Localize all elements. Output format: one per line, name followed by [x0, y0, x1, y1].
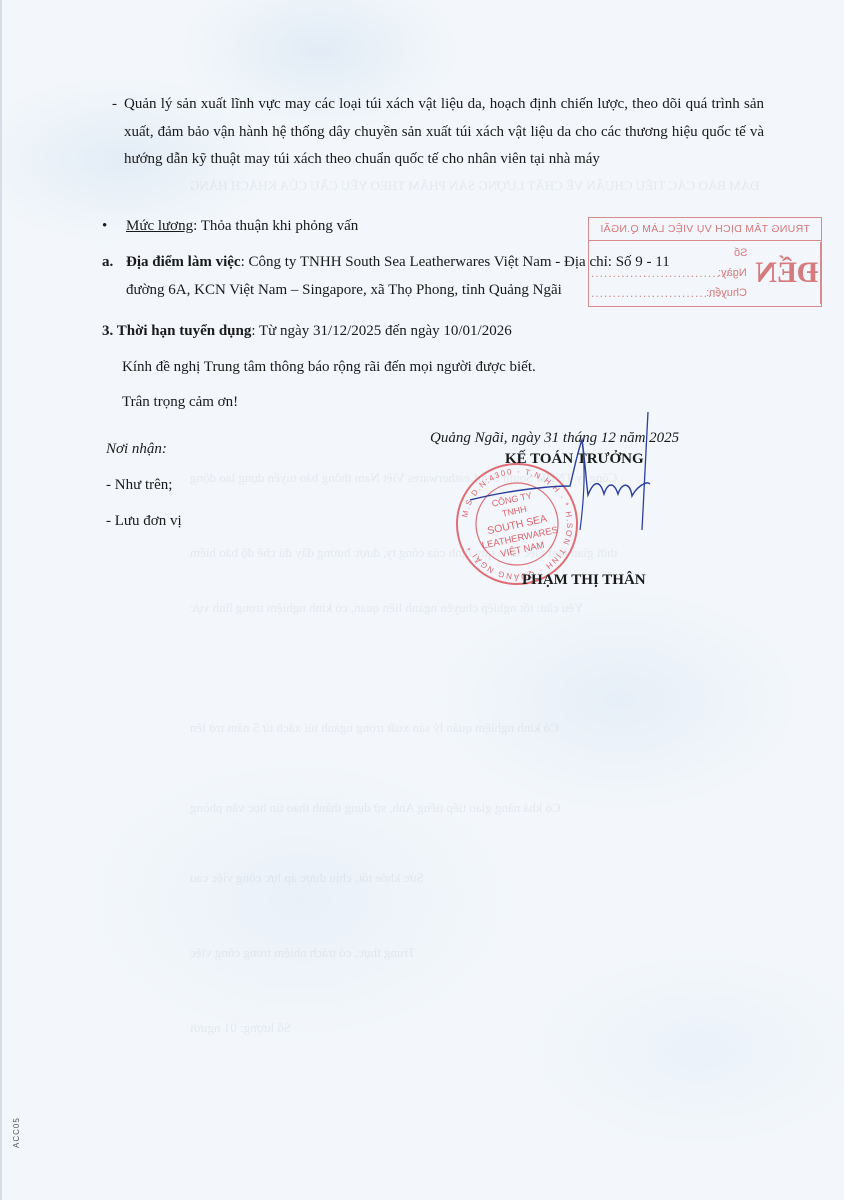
corner-code: ACC05: [12, 1117, 21, 1148]
workplace-line-2: đường 6A, KCN Việt Nam – Singapore, xã T…: [126, 277, 562, 303]
bleed-through-text: Yêu cầu: tốt nghiệp chuyên ngành liên qu…: [190, 600, 583, 616]
bleed-through-text: Sức khỏe tốt, chịu được áp lực công việc…: [190, 870, 424, 886]
received-stamp: TRUNG TÂM DỊCH VỤ VIỆC LÀM Q.NGÃI Số Ngà…: [588, 217, 822, 307]
workplace-label: Địa điểm làm việc: [126, 254, 241, 270]
recruitment-period: 3. Thời hạn tuyển dụng: Từ ngày 31/12/20…: [102, 318, 512, 344]
received-stamp-header: TRUNG TÂM DỊCH VỤ VIỆC LÀM Q.NGÃI: [589, 218, 821, 241]
bleed-through-text: ĐẢM BẢO CÁC TIÊU CHUẨN VỀ CHẤT LƯỢNG SẢN…: [190, 178, 759, 194]
recipient-item: - Như trên;: [106, 472, 172, 498]
salary-line: Mức lương: Thỏa thuận khi phỏng vấn: [126, 213, 358, 239]
salary-bullet: •: [102, 213, 107, 239]
duties-marker: -: [112, 91, 117, 117]
bleed-through-text: Trung thực, có trách nhiệm trong công vi…: [190, 945, 415, 961]
bleed-through-text: Số lượng: 01 người: [190, 1020, 291, 1036]
recruitment-period-label: 3. Thời hạn tuyển dụng: [102, 323, 251, 339]
bleed-through-text: Có khả năng giao tiếp tiếng Anh, sử dụng…: [190, 800, 561, 816]
scan-edge: [0, 0, 2, 1200]
salary-value: : Thỏa thuận khi phỏng vấn: [193, 218, 358, 234]
received-stamp-fields: Số Ngày: Chuyển: .......................…: [589, 242, 751, 304]
document-page: ĐẢM BẢO CÁC TIÊU CHUẨN VỀ CHẤT LƯỢNG SẢN…: [0, 0, 844, 1200]
duties-text: Quản lý sản xuất lĩnh vực may các loại t…: [124, 91, 764, 174]
workplace-marker: a.: [102, 249, 113, 275]
thanks-sentence: Trân trọng cảm ơn!: [122, 389, 238, 415]
signature-mark: [470, 410, 670, 570]
recipient-item: - Lưu đơn vị: [106, 508, 182, 534]
salary-label: Mức lương: [126, 218, 193, 234]
received-stamp-big-word: ĐẾN: [754, 242, 821, 304]
recruitment-period-value: : Từ ngày 31/12/2025 đến ngày 10/01/2026: [251, 323, 511, 339]
received-stamp-field: Số: [734, 246, 747, 260]
bleed-through-text: Có kinh nghiệm quản lý sản xuất trong ng…: [190, 720, 559, 736]
signer-name: PHẠM THỊ THÂN: [522, 567, 646, 593]
recipients-heading: Nơi nhận:: [106, 436, 167, 462]
request-sentence: Kính đề nghị Trung tâm thông báo rộng rã…: [122, 354, 536, 380]
